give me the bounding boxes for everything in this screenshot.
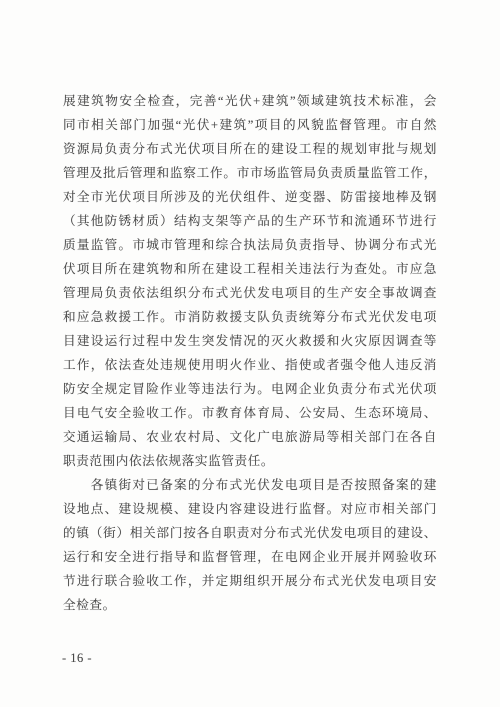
document-page: 展建筑物安全检查，完善“光伏+建筑”领域建筑技术标准，会同市相关部门加强“光伏+… (0, 0, 500, 707)
text-line: 质量监管。市城市管理和综合执法局负责指导、协调分布式光 (63, 233, 437, 257)
text-line: 和应急救援工作。市消防救援支队负责统筹分布式光伏发电项 (63, 305, 437, 329)
text-line: （其他防锈材质）结构支架等产品的生产环节和流通环节进行 (63, 209, 437, 233)
text-line: 目电气安全验收工作。市教育体育局、公安局、生态环境局、 (63, 401, 437, 425)
text-line: 交通运输局、农业农村局、文化广电旅游局等相关部门在各自 (63, 425, 437, 449)
text-line: 目建设运行过程中发生突发情况的灭火救援和火灾原因调查等 (63, 329, 437, 353)
text-line: 工作，依法查处违规使用明火作业、指使或者强令他人违反消 (63, 353, 437, 377)
text-line: 伏项目所在建筑物和所在建设工程相关违法行为查处。市应急 (63, 257, 437, 281)
text-line: 防安全规定冒险作业等违法行为。电网企业负责分布式光伏项 (63, 377, 437, 401)
text-line: 管理及批后管理和监察工作。市市场监管局负责质量监管工作， (63, 161, 437, 185)
page-number: - 16 - (62, 651, 92, 666)
text-line: 职责范围内依法依规落实监管责任。 (63, 449, 437, 473)
text-line: 管理局负责依法组织分布式光伏发电项目的生产安全事故调查 (63, 281, 437, 305)
text-line: 设地点、建设规模、建设内容建设进行监督。对应市相关部门 (63, 497, 437, 521)
text-line: 节进行联合验收工作，并定期组织开展分布式光伏发电项目安 (63, 569, 437, 593)
body-text: 展建筑物安全检查，完善“光伏+建筑”领域建筑技术标准，会同市相关部门加强“光伏+… (63, 89, 437, 617)
text-line: 的镇（街）相关部门按各自职责对分布式光伏发电项目的建设、 (63, 521, 437, 545)
text-line: 对全市光伏项目所涉及的光伏组件、逆变器、防雷接地棒及钢 (63, 185, 437, 209)
text-line: 同市相关部门加强“光伏+建筑”项目的风貌监督管理。市自然 (63, 113, 437, 137)
text-line: 资源局负责分布式光伏项目所在的建设工程的规划审批与规划 (63, 137, 437, 161)
text-line: 各镇街对已备案的分布式光伏发电项目是否按照备案的建 (63, 473, 437, 497)
text-line: 全检查。 (63, 593, 437, 617)
text-line: 运行和安全进行指导和监督管理，在电网企业开展并网验收环 (63, 545, 437, 569)
text-line: 展建筑物安全检查，完善“光伏+建筑”领域建筑技术标准，会 (63, 89, 437, 113)
